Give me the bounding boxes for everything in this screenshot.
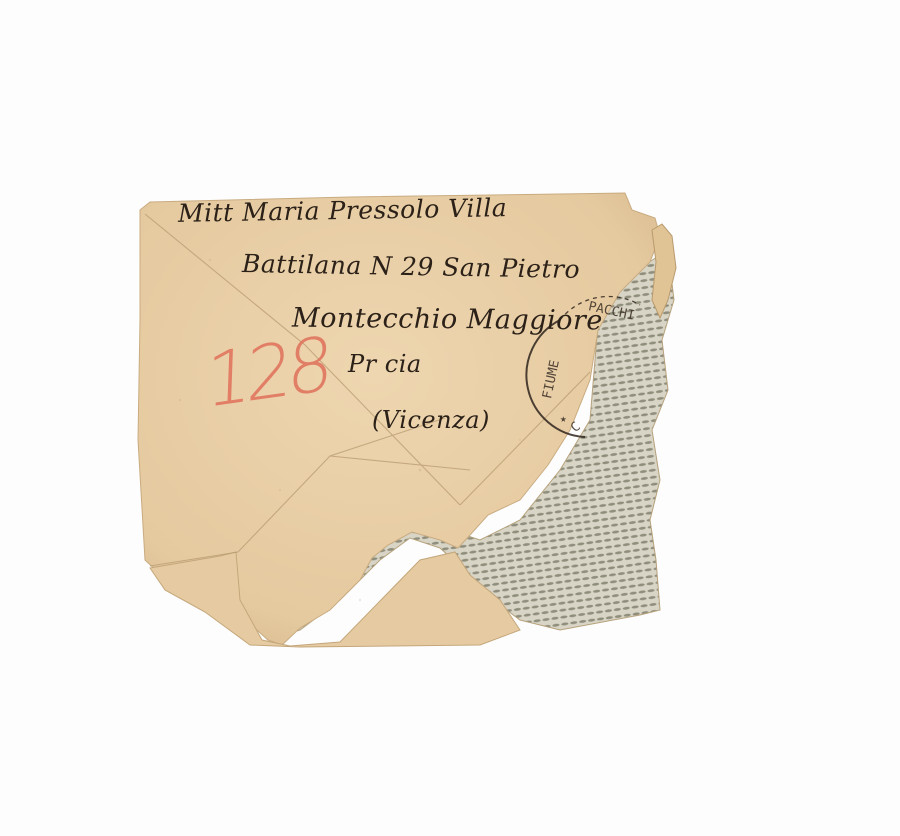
scan-stage: Mitt Maria Pressolo Villa Battilana N 29… bbox=[0, 0, 900, 836]
postmark-star: ★ bbox=[560, 412, 567, 425]
sender-line-name: Mitt Maria Pressolo Villa bbox=[178, 193, 508, 228]
sender-line-province: Pr cia bbox=[348, 350, 422, 378]
sender-line-town: Montecchio Maggiore bbox=[292, 303, 603, 337]
sender-line-city: (Vicenza) bbox=[372, 406, 490, 434]
sender-line-street: Battilana N 29 San Pietro bbox=[242, 249, 581, 284]
red-crayon-number: 128 bbox=[204, 321, 329, 425]
